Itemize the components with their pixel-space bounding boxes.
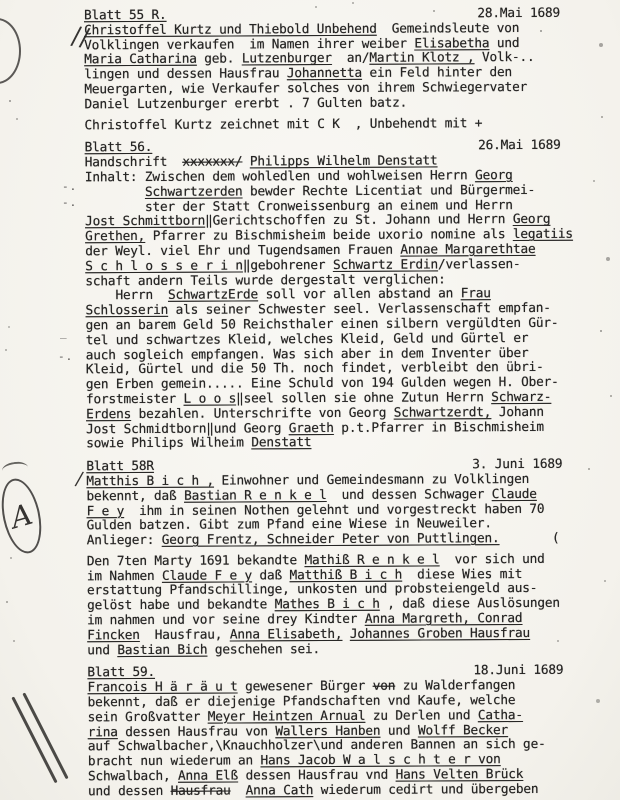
- text-segment: xxxxxxx/: [182, 155, 242, 170]
- text-segment: Den 7ten Marty 1691 bekandte: [87, 553, 305, 569]
- text-segment: sowie Philips Wilheim: [86, 436, 251, 452]
- text-segment: zu Derlen und: [365, 708, 478, 724]
- text-segment: Georg: [475, 168, 513, 183]
- text-segment: bekennt, daß: [86, 488, 184, 504]
- text-segment: F e y: [87, 504, 125, 519]
- text-segment: Erdens: [86, 407, 131, 422]
- handwritten-slash-mark: /: [74, 468, 85, 491]
- text-segment: Schwalbach,: [88, 769, 178, 784]
- text-segment: Matthis B i c h ,: [86, 474, 214, 490]
- text-segment: Lutzenburger: [242, 51, 332, 66]
- text-segment: Gemeindsleute von: [377, 21, 520, 37]
- text-segment: legatiis: [513, 227, 573, 242]
- circled-a-letter: A: [7, 497, 37, 535]
- text-segment: soll vor allen abstand an: [258, 287, 461, 303]
- text-segment: wiederum cedirt und übergeben: [313, 782, 538, 798]
- text-segment: Fincken: [87, 628, 140, 643]
- text-segment: Hans Jacob W a l s c h t e r von: [260, 752, 500, 768]
- text-segment: geschehen sei.: [207, 642, 320, 658]
- noise-speckles: [0, 0, 2, 2]
- text-segment: Herrn: [85, 288, 168, 303]
- text-segment: Johannes Groben Hausfrau: [350, 626, 530, 642]
- handwritten-paren-mark: [0, 18, 21, 84]
- text-segment: Anna Cath: [246, 783, 314, 798]
- text-segment: Anna Margreth, Conrad: [365, 611, 523, 627]
- text-segment: Schwartzerden: [145, 184, 243, 200]
- paragraph: Matthis B i c h , Einwohner und Gemeinde…: [86, 473, 572, 550]
- text-segment: diese Wies mit: [402, 567, 522, 583]
- text-segment: , daß diese Auslösungen: [380, 596, 560, 612]
- entry-date: 26.Mai 1689: [478, 139, 571, 154]
- handwritten-dash-mark: -.: [58, 350, 73, 363]
- text-segment: Meuergarten, wie Verkaufer solches von i…: [84, 80, 527, 97]
- text-segment: und dessen: [88, 784, 171, 799]
- text-segment: Johann: [491, 405, 544, 420]
- text-segment: Hausfrau: [171, 783, 231, 798]
- text-segment: Johannetta: [287, 66, 362, 81]
- document-page: // -. -. _ -. A / Blatt 55 R.28.Mai 1689…: [0, 0, 620, 800]
- text-segment: und: [87, 643, 117, 658]
- text-segment: ‖seel sollen sie ohne Zutun Herrn: [236, 390, 491, 406]
- text-segment: Catha-: [478, 708, 523, 723]
- text-segment: gelöst habe und bekandte: [87, 598, 275, 614]
- entry-date: 28.Mai 1689: [477, 7, 570, 22]
- paragraph: Den 7ten Marty 1691 bekandte Mathiß R e …: [87, 553, 574, 659]
- text-segment: Wolff Becker: [418, 723, 508, 738]
- text-segment: im nahmen und vor seine drey Kindter: [87, 612, 365, 628]
- text-segment: an/: [332, 51, 370, 66]
- document-section: Blatt 59.18.Juni 1689Francois H ä r ä u …: [87, 664, 574, 800]
- handwritten-backslash-mark: [11, 697, 57, 784]
- text-segment: Martin Klotz ,: [369, 51, 474, 67]
- text-segment: Anna Elß: [178, 769, 238, 784]
- text-segment: Schlosserin: [85, 303, 168, 318]
- handwritten-circled-a-mark: A: [0, 475, 47, 557]
- paragraph: Francois H ä r ä u t gewesener Bürger vo…: [87, 679, 574, 800]
- text-segment: gewesener Bürger: [238, 679, 373, 695]
- paragraph: Christoffel Kurtz und Thiebold Unbehend …: [84, 22, 570, 113]
- text-segment: Anna Elisabeth,: [230, 627, 343, 643]
- text-segment: bezahlen. Unterschrifte von Georg: [131, 405, 394, 421]
- entry-date: 3. Juni 1689: [472, 458, 572, 473]
- text-segment: Denstatt: [251, 435, 311, 450]
- paragraph: Christoffel Kurtz zeichnet mit C K , Unb…: [85, 116, 571, 133]
- text-segment: SchwartzErde: [168, 288, 258, 303]
- text-segment: Volk-..: [474, 50, 534, 65]
- text-segment: Wallers Hanben: [275, 723, 380, 739]
- text-line: Fincken Hausfrau, Anna Elisabeth, Johann…: [87, 627, 573, 644]
- text-segment: Christoffel Kurtz zeichnet mit C K , Unb…: [85, 116, 483, 133]
- text-segment: Philipps Wilhelm Denstatt: [250, 154, 438, 170]
- entry-date: 18.Juni 1689: [473, 664, 573, 679]
- text-segment: Jost Schmittborn: [85, 214, 205, 230]
- text-segment: Maria Catharina: [84, 52, 197, 68]
- text-segment: ein Feld hinter den: [362, 65, 512, 81]
- text-segment: Georg: [513, 212, 551, 227]
- document-body: Blatt 55 R.28.Mai 1689Christoffel Kurtz …: [84, 7, 574, 800]
- text-segment: Schwartz Erdin: [333, 257, 438, 273]
- text-segment: /verlassen-: [438, 257, 521, 272]
- text-segment: (: [499, 531, 559, 546]
- text-segment: [231, 783, 246, 798]
- text-segment: [342, 627, 350, 642]
- text-segment: und: [489, 36, 519, 51]
- text-segment: forstmeister: [86, 392, 184, 408]
- text-segment: Hausfrau,: [140, 627, 230, 642]
- text-line: und Bastian Bich geschehen sei.: [87, 641, 573, 658]
- text-segment: Matthiß B i c h: [290, 567, 403, 583]
- text-segment: Daniel Lutzenburger ererbt . 7 Gulten ba…: [84, 95, 407, 112]
- text-segment: p.t.Pfarrer in Bischmisheim: [334, 419, 544, 435]
- text-segment: und dessen Schwager: [327, 487, 492, 503]
- text-segment: Francois H ä r ä u t: [87, 680, 237, 696]
- text-segment: von: [373, 679, 396, 694]
- text-segment: bracht nun wiederum an: [88, 754, 261, 770]
- text-segment: Anlieger:: [87, 533, 162, 548]
- text-line: und dessen Hausfrau Anna Cath wiederum c…: [88, 783, 574, 800]
- text-segment: rina: [88, 725, 118, 740]
- text-line: sowie Philips Wilheim Denstatt: [86, 435, 572, 452]
- text-segment: Claude: [492, 487, 537, 502]
- text-segment: und: [380, 723, 418, 738]
- text-line: Daniel Lutzenburger ererbt . 7 Gulten ba…: [84, 96, 570, 113]
- text-line: Jost Schmidtborn‖und Georg Graeth p.t.Pf…: [86, 420, 572, 437]
- text-line: Anlieger: Georg Frentz, Schneider Peter …: [87, 532, 573, 549]
- text-line: Christoffel Kurtz zeichnet mit C K , Unb…: [85, 116, 571, 133]
- text-segment: vor sich und: [440, 552, 545, 568]
- text-segment: Hans Velten Brück: [396, 767, 524, 783]
- document-section: Blatt 56.26.Mai 1689Handschrift xxxxxxx/…: [85, 139, 573, 452]
- handwritten-dash-mark: _: [60, 326, 68, 339]
- handwritten-dash-mark: -.: [62, 196, 77, 209]
- text-segment: Mathes B i c h: [275, 597, 380, 613]
- text-segment: Elisabetha: [414, 36, 489, 51]
- text-segment: daß: [252, 568, 290, 583]
- text-segment: Claude F e y: [162, 568, 252, 583]
- text-segment: Mathiß R e n k e l: [304, 552, 439, 568]
- text-segment: L o o s: [183, 391, 236, 406]
- handwritten-caret-mark: [1, 460, 29, 477]
- text-segment: Jost Schmidtborn‖und Georg: [86, 421, 289, 437]
- paragraph: Handschrift xxxxxxx/ Philipps Wilhelm De…: [85, 154, 573, 452]
- text-segment: Bastian R e n k e l: [184, 488, 327, 504]
- text-segment: lingen und dessen Hausfrau: [84, 66, 287, 82]
- text-segment: Handschrift: [85, 155, 183, 171]
- text-segment: geb.: [197, 52, 242, 67]
- text-segment: Bastian Bich: [117, 642, 207, 657]
- text-segment: [85, 185, 145, 200]
- document-section: Blatt 58R3. Juni 1689Matthis B i c h , E…: [86, 458, 573, 659]
- text-segment: Schwarz-: [491, 390, 551, 405]
- text-segment: Meyer Heintzen Arnual: [208, 709, 366, 725]
- text-segment: Schwartzerdt,: [394, 405, 492, 421]
- text-segment: dessen Hausfrau von: [118, 724, 276, 740]
- text-segment: S c h l o s s e r i n: [85, 258, 243, 274]
- text-segment: Frau: [461, 286, 491, 301]
- text-segment: Georg Frentz, Schneider Peter von Puttli…: [162, 531, 500, 548]
- text-segment: Grethen,: [85, 229, 145, 244]
- text-segment: ‖gebohrener: [243, 258, 333, 273]
- text-segment: Annae Margarethtae: [400, 242, 535, 258]
- handwritten-dash-mark: -.: [62, 180, 77, 193]
- text-segment: dessen Hausfrau vnd: [238, 768, 396, 784]
- text-segment: im Nahmen: [87, 569, 162, 584]
- document-section: Blatt 55 R.28.Mai 1689Christoffel Kurtz …: [84, 7, 571, 134]
- text-segment: zu Walderfangen: [395, 678, 515, 694]
- text-segment: sein Großvatter: [88, 709, 208, 725]
- text-segment: Graeth: [289, 420, 334, 435]
